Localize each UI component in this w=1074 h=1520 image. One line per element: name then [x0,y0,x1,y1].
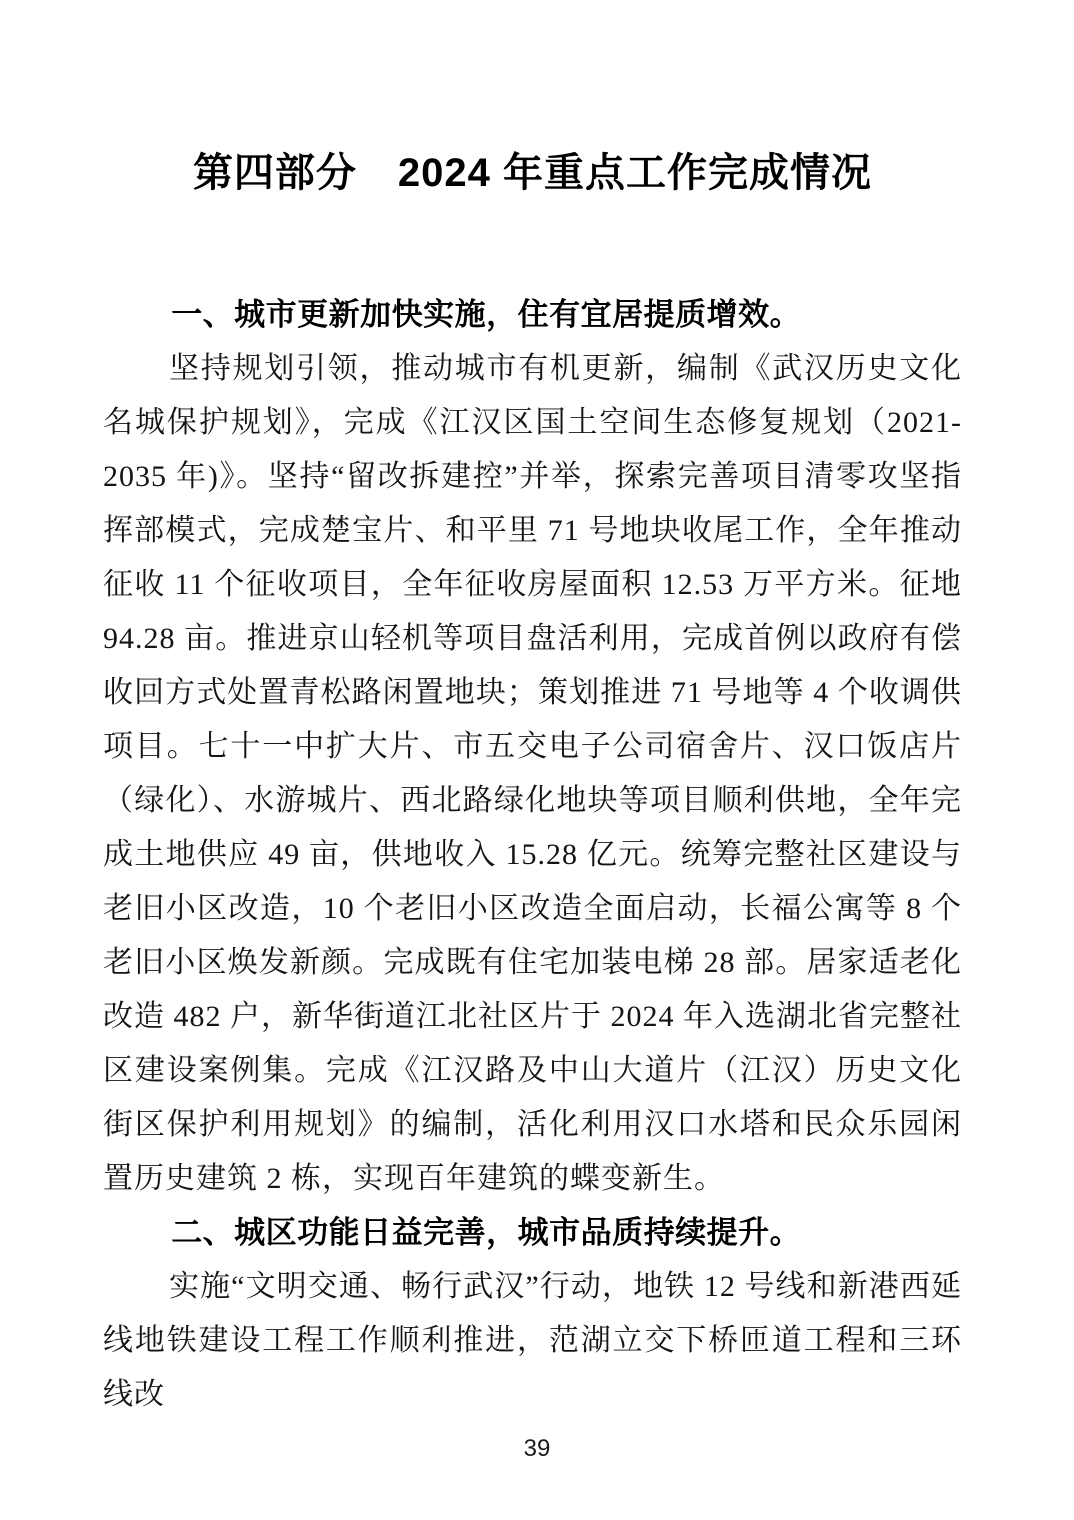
section-heading-2: 二、城区功能日益完善，城市品质持续提升。 [103,1206,962,1260]
page-number: 39 [524,1435,551,1462]
document-title: 第四部分 2024 年重点工作完成情况 [103,150,962,196]
section-2-paragraph: 实施“文明交通、畅行武汉”行动，地铁 12 号线和新港西延线地铁建设工程工作顺利… [103,1260,962,1422]
section-heading-1: 一、城市更新加快实施，住有宜居提质增效。 [103,288,962,342]
section-1-paragraph: 坚持规划引领，推动城市有机更新，编制《武汉历史文化名城保护规划》，完成《江汉区国… [103,342,962,1206]
page-footer: 39 [0,1436,1074,1462]
document-content: 第四部分 2024 年重点工作完成情况 一、城市更新加快实施，住有宜居提质增效。… [0,0,1074,1422]
document-page: 第四部分 2024 年重点工作完成情况 一、城市更新加快实施，住有宜居提质增效。… [0,0,1074,1520]
